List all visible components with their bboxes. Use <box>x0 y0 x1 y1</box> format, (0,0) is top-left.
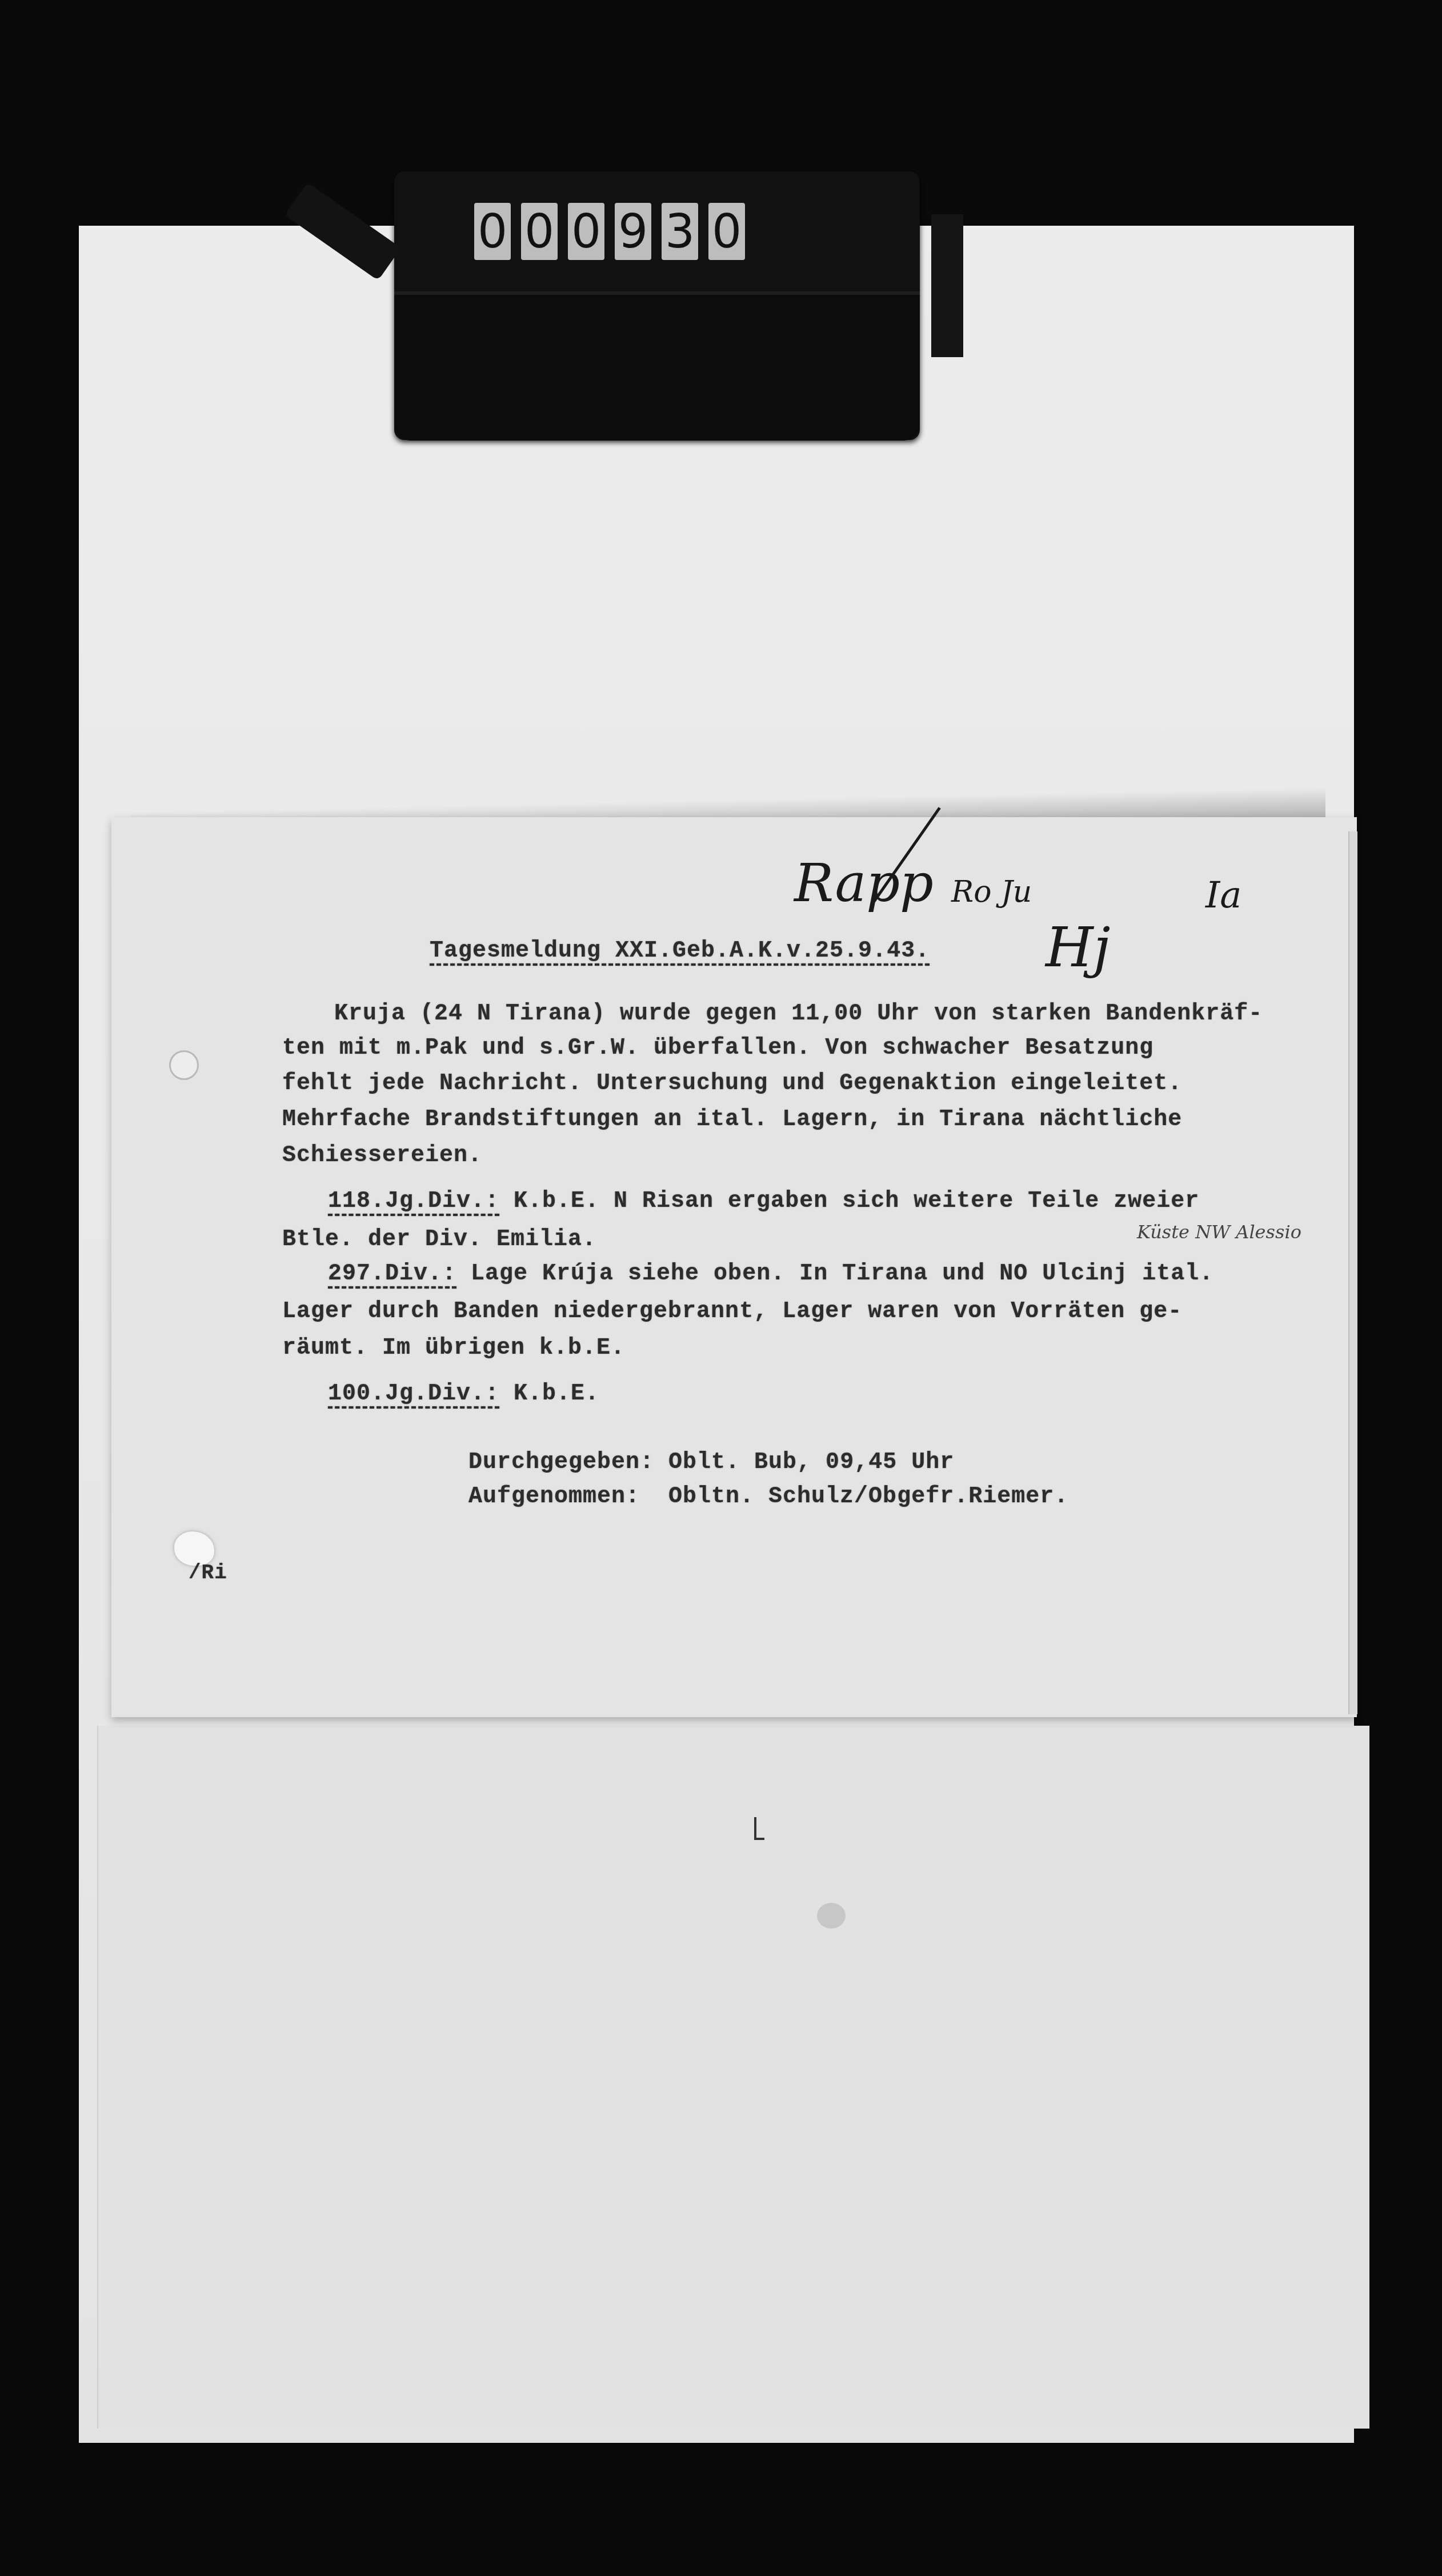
typist-reference: /Ri <box>189 1563 227 1583</box>
handwritten-note: Rapp <box>794 857 934 910</box>
division-text: K.b.E. <box>499 1381 599 1407</box>
sent-value: Oblt. Bub, 09,45 Uhr <box>668 1450 954 1475</box>
division-text: Btle. der Div. Emilia. <box>282 1229 596 1251</box>
division-label: 297.Div.: <box>328 1261 456 1287</box>
division-text: K.b.E. N Risan ergaben sich weitere Teil… <box>499 1189 1199 1214</box>
backing-page-lower <box>97 1726 1369 2429</box>
slip-edge <box>1348 831 1357 1714</box>
received-value: Obltn. Schulz/Obgefr.Riemer. <box>668 1484 1068 1510</box>
handwritten-initials: Hj <box>1046 920 1110 975</box>
handwritten-margin-note: Küste NW Alessio <box>1137 1223 1301 1241</box>
division-text: räumt. Im übrigen k.b.E. <box>282 1337 625 1360</box>
body-line: Mehrfache Brandstiftungen an ital. Lager… <box>282 1109 1182 1131</box>
document-title: Tagesmeldung XXI.Geb.A.K.v.25.9.43. <box>430 940 930 963</box>
body-line: Kruja (24 N Tirana) wurde gegen 11,00 Uh… <box>334 1003 1263 1026</box>
frame-number: 0 0 0 9 3 0 <box>474 203 745 260</box>
counter-side-clip <box>931 214 963 357</box>
frame-digit: 0 <box>521 203 558 260</box>
transmission-received: Aufgenommen: Obltn. Schulz/Obgefr.Riemer… <box>468 1486 1068 1509</box>
stray-pen-mark <box>754 1817 756 1840</box>
frame-digit: 0 <box>708 203 745 260</box>
frame-digit: 0 <box>568 203 604 260</box>
division-entry-100: 100.Jg.Div.: K.b.E. <box>328 1383 599 1406</box>
transmission-sent: Durchgegeben: Oblt. Bub, 09,45 Uhr <box>468 1451 954 1474</box>
frame-digit: 0 <box>474 203 511 260</box>
handwritten-note-suffix: Ro Ju <box>951 877 1032 907</box>
body-line: fehlt jede Nachricht. Untersuchung und G… <box>282 1073 1182 1095</box>
frame-digit: 3 <box>662 203 698 260</box>
division-text: Lage Krúja siehe oben. In Tirana und NO … <box>456 1261 1213 1287</box>
handwritten-distribution-mark: Ia <box>1205 877 1241 914</box>
division-entry-297: 297.Div.: Lage Krúja siehe oben. In Tira… <box>328 1263 1213 1286</box>
frame-digit: 9 <box>615 203 651 260</box>
received-label: Aufgenommen: <box>468 1484 640 1510</box>
sent-label: Durchgegeben: <box>468 1450 654 1475</box>
division-label: 100.Jg.Div.: <box>328 1381 499 1407</box>
division-text: Lager durch Banden niedergebrannt, Lager… <box>282 1301 1182 1323</box>
division-label: 118.Jg.Div.: <box>328 1189 499 1214</box>
counter-body <box>394 291 920 441</box>
body-line: ten mit m.Pak und s.Gr.W. überfallen. Vo… <box>282 1037 1153 1060</box>
punch-hole <box>169 1050 199 1080</box>
smudge <box>817 1903 846 1929</box>
body-line: Schiessereien. <box>282 1145 482 1167</box>
division-entry-118: 118.Jg.Div.: K.b.E. N Risan ergaben sich… <box>328 1190 1199 1213</box>
